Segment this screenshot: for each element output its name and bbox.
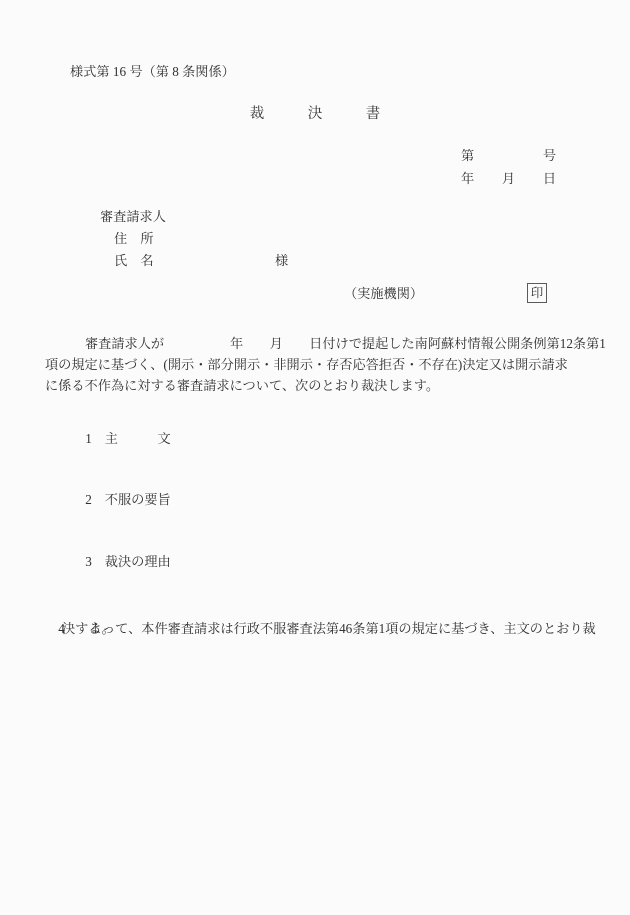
decision-document-page: 様式第 16 号（第 8 条関係） 裁 決 書 第 号 年 月 日 審査請求人 … (0, 0, 630, 915)
section-label: 裁決の理由 (105, 554, 171, 569)
implementing-agency-label: （実施機関） (344, 286, 423, 301)
conclusion-text: よって、本件審査請求は行政不服審査法第46条第1項の規定に基づき、主文のとおり裁 (89, 621, 596, 636)
appellant-label: 審査請求人 (100, 209, 166, 224)
section-number: 3 (85, 554, 92, 569)
section-label: 不服の要旨 (105, 492, 171, 507)
section-number: 1 (85, 431, 92, 446)
main-body-paragraph: 審査請求人が 年 月 日付けで提起した南阿蘇村情報公開条例第12条第1 項の規定… (45, 333, 606, 396)
section-label: 主 文 (105, 431, 171, 446)
conclusion-line-1: 4よって、本件審査請求は行政不服審査法第46条第1項の規定に基づき、主文のとおり… (45, 596, 596, 662)
body-paragraph-line: に係る不作為に対する審査請求について、次のとおり裁決します。 (45, 375, 606, 396)
conclusion-line-2: 決する。 (62, 618, 115, 640)
body-paragraph-line: 項の規定に基づく、(開示・部分開示・非開示・存否応答拒否・不存在)決定又は開示請… (45, 354, 606, 375)
section-main-text: 1主 文 (72, 416, 171, 462)
document-number-line: 第 号 (461, 148, 556, 163)
document-number-prefix: 第 (461, 148, 474, 163)
seal-character: 印 (531, 287, 544, 300)
honorific-label: 様 (275, 253, 288, 268)
address-label: 住 所 (114, 231, 154, 246)
section-reason-for-decision: 3裁決の理由 (72, 539, 171, 585)
document-date-line: 年 月 日 (461, 171, 556, 186)
name-label: 氏 名 (114, 253, 154, 268)
date-year-label: 年 (461, 171, 474, 186)
document-number-suffix: 号 (543, 148, 556, 163)
date-month-label: 月 (502, 171, 515, 186)
document-title: 裁 決 書 (0, 106, 630, 123)
seal-placeholder: 印 (527, 283, 547, 303)
section-gist-of-objection: 2不服の要旨 (72, 477, 171, 523)
form-number: 様式第 16 号（第 8 条関係） (70, 64, 235, 79)
date-day-label: 日 (543, 171, 556, 186)
section-number: 2 (85, 492, 92, 507)
body-paragraph-line: 審査請求人が 年 月 日付けで提起した南阿蘇村情報公開条例第12条第1 (45, 333, 606, 354)
